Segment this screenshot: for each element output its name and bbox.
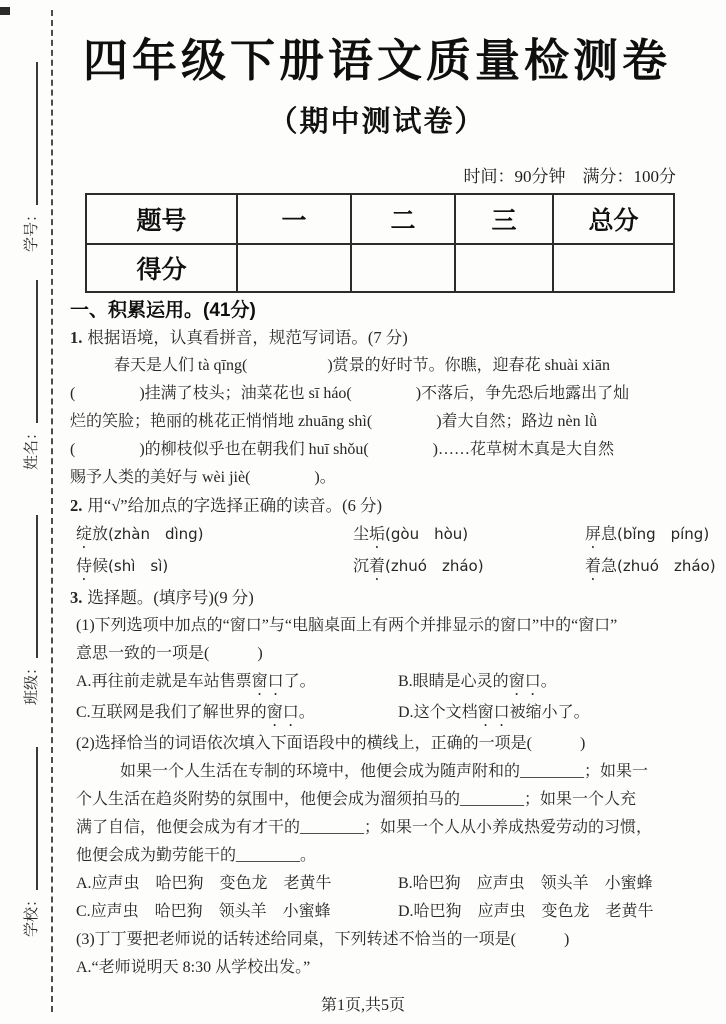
dotted-char: 着 bbox=[369, 558, 385, 575]
question-3-heading: 3.选择题。(填序号)(9 分) bbox=[70, 584, 684, 612]
pinyin-choices: (zhuó zháo) bbox=[385, 557, 484, 575]
name-blank-line bbox=[24, 280, 38, 423]
score-table-row-label: 得分 bbox=[86, 244, 237, 292]
score-cell-part1 bbox=[237, 244, 351, 292]
word-post: 放 bbox=[92, 526, 108, 543]
score-table-header-total: 总分 bbox=[553, 194, 674, 244]
question-2-heading: 2.用“√”给加点的字选择正确的读音。(6 分) bbox=[70, 492, 684, 520]
q1-passage-line-1: 春天是人们 tà qīng( )赏景的好时节。你瞧，迎春花 shuài xiān bbox=[70, 352, 684, 380]
score-cell-total bbox=[553, 244, 674, 292]
q3-sub2-paragraph-line-1: 如果一个人生活在专制的环境中，他便会成为随声附和的________；如果一 bbox=[76, 758, 684, 786]
dotted-word: 窗口 bbox=[252, 673, 284, 690]
option-c: C.互联网是我们了解世界的窗口。 bbox=[76, 699, 398, 730]
option-text-post: 被缩小了。 bbox=[510, 704, 590, 721]
q2-pronunciation-grid: 绽放(zhàn dìng) 尘垢(gòu hòu) 屏息(bǐng píng) … bbox=[76, 520, 684, 584]
score-table: 题号 一 二 三 总分 得分 bbox=[85, 193, 675, 293]
option-text-pre: 互联网是我们了解世界的 bbox=[91, 704, 267, 721]
scan-artifact-mark bbox=[0, 7, 10, 15]
class-blank-line bbox=[24, 515, 38, 658]
word-pre: 尘 bbox=[353, 526, 369, 543]
question-2-title: 用“√”给加点的字选择正确的读音。(6 分) bbox=[87, 496, 382, 515]
dotted-char: 侍 bbox=[76, 558, 92, 575]
page-title: 四年级下册语文质量检测卷 bbox=[70, 24, 684, 89]
student-id-label: 学号： bbox=[22, 207, 42, 252]
sidebar-field-class: 班级： bbox=[18, 515, 42, 705]
option-d: D.哈巴狗 应声虫 变色龙 老黄牛 bbox=[398, 898, 684, 926]
option-b: B.哈巴狗 应声虫 领头羊 小蜜蜂 bbox=[398, 870, 684, 898]
q3-sub2-paragraph-line-3: 满了自信，他便会成为有才干的________；如果一个人从小养成热爱劳动的习惯， bbox=[76, 814, 684, 842]
score-table-header-part1: 一 bbox=[237, 194, 351, 244]
class-label: 班级： bbox=[22, 660, 42, 705]
pronunciation-item-chenzhuo: 沉着(zhuó zháo) bbox=[353, 552, 585, 584]
option-a: A.再往前走就是车站售票窗口了。 bbox=[76, 668, 398, 699]
option-label: B. bbox=[398, 673, 413, 690]
pinyin-choices: (gòu hòu) bbox=[385, 525, 468, 543]
q3-sub1-stem-line-2: 意思一致的一项是( ) bbox=[76, 640, 684, 668]
name-label: 姓名： bbox=[22, 425, 42, 470]
pinyin-choices: (bǐng píng) bbox=[617, 525, 709, 543]
question-3-title: 选择题。(填序号)(9 分) bbox=[87, 588, 253, 607]
q1-passage-line-5: 赐予人类的美好与 wèi jiè( )。 bbox=[70, 464, 684, 492]
exam-time-and-score-info: 时间：90分钟 满分：100分 bbox=[70, 162, 684, 187]
page-subtitle: （期中测试卷） bbox=[70, 99, 684, 140]
q3-sub1-options: A.再往前走就是车站售票窗口了。 B.眼睛是心灵的窗口。 C.互联网是我们了解世… bbox=[76, 668, 684, 730]
student-id-blank-line bbox=[24, 62, 38, 205]
q3-sub2-paragraph-line-2: 个人生活在趋炎附势的氛围中，他便会成为溜须拍马的________；如果一个人充 bbox=[76, 786, 684, 814]
option-text-post: 。 bbox=[299, 704, 315, 721]
pinyin-choices: (zhàn dìng) bbox=[108, 525, 204, 543]
q1-passage-line-3: 烂的笑脸；艳丽的桃花正悄悄地 zhuāng shì( )着大自然；路边 nèn … bbox=[70, 408, 684, 436]
q3-sub2-paragraph-line-4: 他便会成为勤劳能干的________。 bbox=[76, 842, 684, 870]
sidebar-field-school: 学校： bbox=[18, 747, 42, 937]
exam-paper-page: 学号： 姓名： 班级： 学校： 四年级下册语文质量检测卷 （期中测试卷） 时间：… bbox=[0, 0, 726, 1024]
school-blank-line bbox=[24, 747, 38, 890]
pronunciation-item-zhaoji: 着急(zhuó zháo) bbox=[585, 552, 716, 584]
option-text-post: 。 bbox=[541, 673, 557, 690]
dotted-char: 屏 bbox=[585, 526, 601, 543]
option-text-post: 了。 bbox=[284, 673, 316, 690]
dashed-fold-line bbox=[51, 10, 53, 1012]
option-c: C.应声虫 哈巴狗 领头羊 小蜜蜂 bbox=[76, 898, 398, 926]
word-post: 候 bbox=[92, 558, 108, 575]
score-table-header-part3: 三 bbox=[455, 194, 553, 244]
score-cell-part2 bbox=[351, 244, 455, 292]
pronunciation-item-zhanfang: 绽放(zhàn dìng) bbox=[76, 520, 353, 552]
section-1-heading: 一、积累运用。(41分) bbox=[70, 298, 684, 324]
sidebar-field-name: 姓名： bbox=[18, 280, 42, 470]
q1-passage-line-2: ( )挂满了枝头；油菜花也 sī háo( )不落后，争先恐后地露出了灿 bbox=[70, 380, 684, 408]
dotted-char: 着 bbox=[585, 558, 601, 575]
option-label: D. bbox=[398, 704, 414, 721]
option-label: A. bbox=[76, 673, 92, 690]
dotted-char: 绽 bbox=[76, 526, 92, 543]
score-table-header-question: 题号 bbox=[86, 194, 237, 244]
question-1-title: 根据语境，认真看拼音，规范写词语。(7 分) bbox=[87, 328, 407, 347]
question-1-heading: 1.根据语境，认真看拼音，规范写词语。(7 分) bbox=[70, 324, 684, 352]
pinyin-choices: (shì sì) bbox=[108, 557, 168, 575]
option-text-pre: 眼睛是心灵的 bbox=[413, 673, 509, 690]
score-cell-part3 bbox=[455, 244, 553, 292]
pronunciation-item-shihou: 侍候(shì sì) bbox=[76, 552, 353, 584]
dotted-word: 窗口 bbox=[267, 704, 299, 721]
option-a: A.应声虫 哈巴狗 变色龙 老黄牛 bbox=[76, 870, 398, 898]
sidebar-field-student-id: 学号： bbox=[18, 62, 42, 252]
question-1-number: 1. bbox=[70, 328, 82, 347]
score-table-header-part2: 二 bbox=[351, 194, 455, 244]
dotted-word: 窗口 bbox=[509, 673, 541, 690]
q3-sub2-options: A.应声虫 哈巴狗 变色龙 老黄牛 B.哈巴狗 应声虫 领头羊 小蜜蜂 C.应声… bbox=[76, 870, 684, 926]
word-pre: 沉 bbox=[353, 558, 369, 575]
pinyin-choices: (zhuó zháo) bbox=[617, 557, 716, 575]
pronunciation-item-chengou: 尘垢(gòu hòu) bbox=[353, 520, 585, 552]
question-3-number: 3. bbox=[70, 588, 82, 607]
question-2-number: 2. bbox=[70, 496, 82, 515]
dotted-char: 垢 bbox=[369, 526, 385, 543]
option-b: B.眼睛是心灵的窗口。 bbox=[398, 668, 684, 699]
pronunciation-item-bingxi: 屏息(bǐng píng) bbox=[585, 520, 716, 552]
option-d: D.这个文档窗口被缩小了。 bbox=[398, 699, 684, 730]
option-text-pre: 这个文档 bbox=[414, 704, 478, 721]
word-post: 急 bbox=[601, 558, 617, 575]
q3-sub2-stem: (2)选择恰当的词语依次填入下面语段中的横线上，正确的一项是( ) bbox=[76, 730, 684, 758]
option-label: C. bbox=[76, 704, 91, 721]
footer-page-number: 第1页,共5页 bbox=[0, 992, 726, 1015]
school-label: 学校： bbox=[22, 892, 42, 937]
q3-sub3-stem: (3)丁丁要把老师说的话转述给同桌，下列转述不恰当的一项是( ) bbox=[76, 926, 684, 954]
option-text-pre: 再往前走就是车站售票 bbox=[92, 673, 252, 690]
word-post: 息 bbox=[601, 526, 617, 543]
dotted-word: 窗口 bbox=[478, 704, 510, 721]
q3-sub1-stem-line-1: (1)下列选项中加点的“窗口”与“电脑桌面上有两个并排显示的窗口”中的“窗口” bbox=[76, 612, 684, 640]
paper-content: 四年级下册语文质量检测卷 （期中测试卷） 时间：90分钟 满分：100分 题号 … bbox=[70, 0, 684, 982]
q3-sub3-option-a: A.“老师说明天 8:30 从学校出发。” bbox=[76, 954, 684, 982]
q1-passage-line-4: ( )的柳枝似乎也在朝我们 huī shǒu( )……花草树木真是大自然 bbox=[70, 436, 684, 464]
